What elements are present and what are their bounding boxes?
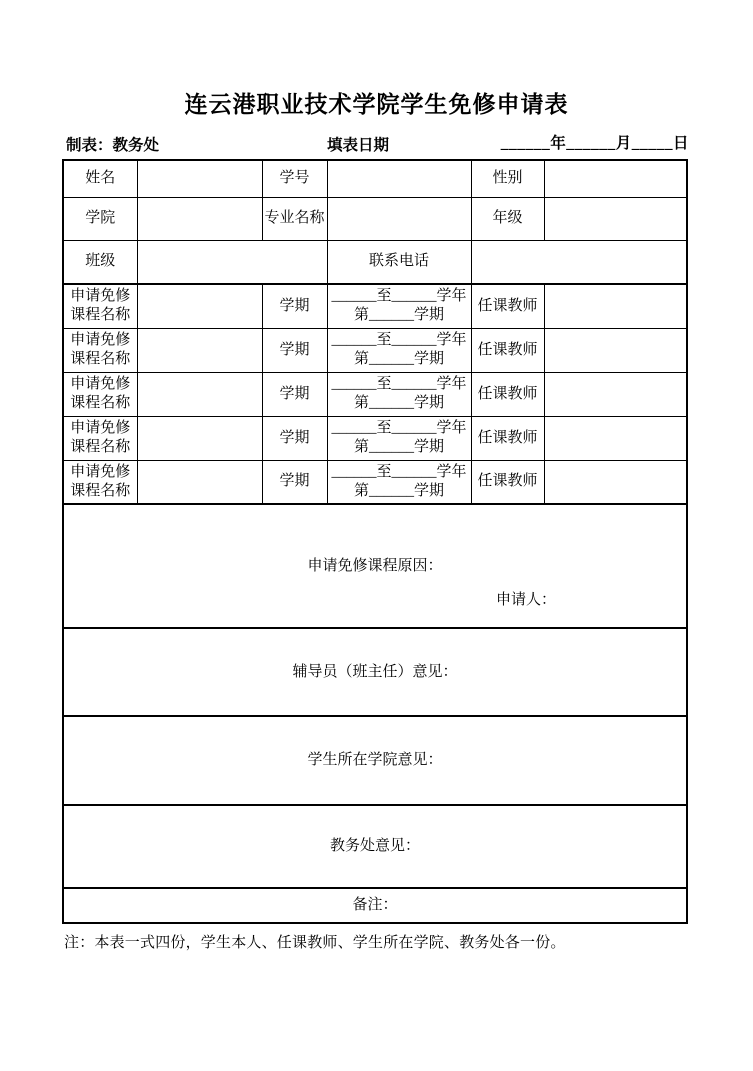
phone-value-cell: [471, 240, 687, 284]
term-line2: 第______学期: [330, 306, 469, 325]
student-id-label-cell: 学号: [262, 160, 327, 197]
semester-label-cell: 学期: [262, 284, 327, 328]
college-label-cell: 学院: [63, 197, 137, 240]
course-name-label-cell: 申请免修课程名称: [63, 460, 137, 504]
semester-label-cell: 学期: [262, 460, 327, 504]
course-name-value-cell: [137, 372, 262, 416]
course-row: 申请免修课程名称 学期 ______至______学年 第______学期 任课…: [63, 372, 687, 416]
name-value-cell: [137, 160, 262, 197]
term-line1: ______至______学年: [330, 287, 469, 306]
term-line1: ______至______学年: [330, 463, 469, 482]
fill-date-label: 填表日期: [327, 133, 389, 155]
course-name-value-cell: [137, 284, 262, 328]
class-value-cell: [137, 240, 327, 284]
teacher-value-cell: [544, 284, 687, 328]
reason-section-cell: 申请免修课程原因： 申请人：: [63, 504, 687, 628]
term-blanks-cell: ______至______学年 第______学期: [327, 460, 471, 504]
teacher-label-cell: 任课教师: [471, 328, 544, 372]
teacher-value-cell: [544, 328, 687, 372]
major-label-cell: 专业名称: [262, 197, 327, 240]
course-name-value-cell: [137, 328, 262, 372]
exemption-form-page: 连云港职业技术学院学生免修申请表 制表：教务处 填表日期 ______年____…: [0, 0, 753, 1071]
semester-label-cell: 学期: [262, 416, 327, 460]
info-row-2: 学院 专业名称 年级: [63, 197, 687, 240]
major-value-cell: [327, 197, 471, 240]
teacher-value-cell: [544, 372, 687, 416]
term-line1: ______至______学年: [330, 419, 469, 438]
semester-label-cell: 学期: [262, 328, 327, 372]
term-line1: ______至______学年: [330, 331, 469, 350]
term-blanks-cell: ______至______学年 第______学期: [327, 372, 471, 416]
office-opinion-label: 教务处意见：: [330, 838, 420, 854]
term-blanks-cell: ______至______学年 第______学期: [327, 416, 471, 460]
counselor-opinion-label: 辅导员（班主任）意见：: [292, 664, 457, 680]
teacher-label-cell: 任课教师: [471, 460, 544, 504]
info-row-1: 姓名 学号 性别: [63, 160, 687, 197]
term-line2: 第______学期: [330, 350, 469, 369]
phone-label-cell: 联系电话: [327, 240, 471, 284]
student-id-value-cell: [327, 160, 471, 197]
teacher-label-cell: 任课教师: [471, 416, 544, 460]
counselor-opinion-row: 辅导员（班主任）意见：: [63, 628, 687, 716]
teacher-label-cell: 任课教师: [471, 284, 544, 328]
course-name-label-cell: 申请免修课程名称: [63, 284, 137, 328]
term-line1: ______至______学年: [330, 375, 469, 394]
gender-label-cell: 性别: [471, 160, 544, 197]
teacher-label-cell: 任课教师: [471, 372, 544, 416]
page-title: 连云港职业技术学院学生免修申请表: [0, 86, 753, 119]
course-name-value-cell: [137, 416, 262, 460]
term-blanks-cell: ______至______学年 第______学期: [327, 328, 471, 372]
application-form-table: 姓名 学号 性别 学院 专业名称 年级 班级 联系电话 申请免修课程名称 学期: [62, 159, 688, 924]
reason-label: 申请免修课程原因：: [307, 558, 442, 574]
term-line2: 第______学期: [330, 482, 469, 501]
course-name-label-cell: 申请免修课程名称: [63, 416, 137, 460]
course-row: 申请免修课程名称 学期 ______至______学年 第______学期 任课…: [63, 460, 687, 504]
teacher-value-cell: [544, 460, 687, 504]
term-blanks-cell: ______至______学年 第______学期: [327, 284, 471, 328]
term-line2: 第______学期: [330, 438, 469, 457]
prepared-by-label: 制表：教务处: [66, 133, 159, 155]
teacher-value-cell: [544, 416, 687, 460]
gender-value-cell: [544, 160, 687, 197]
applicant-label: 申请人：: [496, 591, 556, 610]
remarks-row: 备注：: [63, 888, 687, 923]
remarks-cell: 备注：: [63, 888, 687, 923]
office-opinion-row: 教务处意见：: [63, 805, 687, 888]
course-row: 申请免修课程名称 学期 ______至______学年 第______学期 任课…: [63, 416, 687, 460]
name-label-cell: 姓名: [63, 160, 137, 197]
college-value-cell: [137, 197, 262, 240]
counselor-opinion-cell: 辅导员（班主任）意见：: [63, 628, 687, 716]
course-name-value-cell: [137, 460, 262, 504]
college-opinion-row: 学生所在学院意见：: [63, 716, 687, 805]
office-opinion-cell: 教务处意见：: [63, 805, 687, 888]
course-name-label-cell: 申请免修课程名称: [63, 372, 137, 416]
college-opinion-cell: 学生所在学院意见：: [63, 716, 687, 805]
grade-value-cell: [544, 197, 687, 240]
fill-date-blanks: ______年______月_____日: [501, 131, 689, 153]
course-row: 申请免修课程名称 学期 ______至______学年 第______学期 任课…: [63, 328, 687, 372]
grade-label-cell: 年级: [471, 197, 544, 240]
footer-note: 注：本表一式四份，学生本人、任课教师、学生所在学院、教务处各一份。: [64, 931, 566, 952]
college-opinion-label: 学生所在学院意见：: [307, 752, 442, 768]
course-name-label-cell: 申请免修课程名称: [63, 328, 137, 372]
reason-section-row: 申请免修课程原因： 申请人：: [63, 504, 687, 628]
remarks-label: 备注：: [352, 897, 397, 913]
semester-label-cell: 学期: [262, 372, 327, 416]
info-row-3: 班级 联系电话: [63, 240, 687, 284]
class-label-cell: 班级: [63, 240, 137, 284]
course-row: 申请免修课程名称 学期 ______至______学年 第______学期 任课…: [63, 284, 687, 328]
term-line2: 第______学期: [330, 394, 469, 413]
